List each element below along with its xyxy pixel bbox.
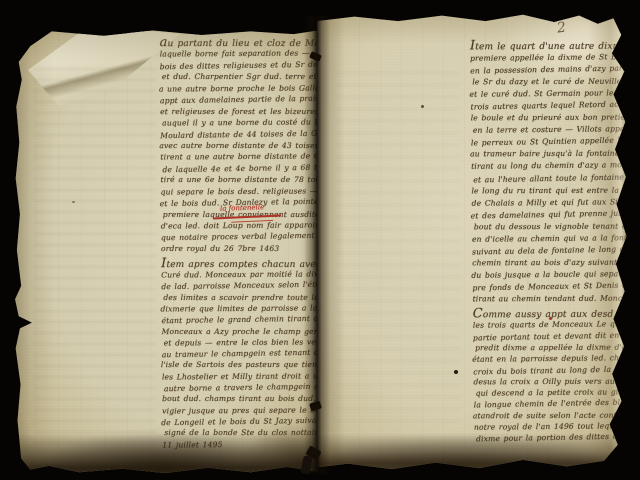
manuscript-line: l'isle de Sartois des pasteurs que tienn… [161,359,318,370]
ink-showthrough [335,72,460,432]
manuscript-line: Item apres comptes chacun avec le — [161,258,317,269]
right-paragraph-2: Comme aussy appt aux desd. damesles troi… [473,307,628,444]
manuscript-line: tirant au chemin tendant dud. Monceaux a… [473,293,627,306]
manuscript-line: le long du ru tirant qui est entre la te… [471,184,625,197]
right-page: 2 Item le quart d'une autre dixmepremier… [317,12,629,470]
left-paragraph-2: Item apres comptes chacun avec le —Curé … [161,257,318,450]
manuscript-line: le boule et du prieuré aux bon pretieux [471,112,625,125]
manuscript-line: au partant du lieu et cloz de Machy [160,37,316,49]
manuscript-line: le Sr du dazy et le curé de Neuville — [472,76,624,89]
manuscript-line: et religieuses de forest et les bizeures… [160,106,316,118]
page-number: 2 [556,19,567,36]
ink-speck [421,105,424,108]
manuscript-line: des limites a scavoir prendre toute lad. [163,292,317,303]
manuscript-scan: au partant du lieu et cloz de Machylaque… [0,0,640,480]
red-ink-correction: la fontenelle [220,203,264,213]
right-paragraph-1: Item le quart d'une autre dixmepremiere … [470,39,627,306]
ink-speck [72,201,75,203]
manuscript-line: de lad. parroisse Monceaux selon l'étend… [161,279,317,293]
right-text-column: Item le quart d'une autre dixmepremiere … [470,39,628,444]
manuscript-line: et dud. Charpentier Sgr dud. terre et bo… [162,71,316,83]
ink-showthrough [34,68,156,448]
left-page: au partant du lieu et cloz de Machylaque… [12,26,318,474]
manuscript-line: bout du dessous le vignoble tenant et [474,220,626,233]
manuscript-line: avec autre borne distante de 43 toises — [159,140,316,152]
manuscript-line: étant proche le grand chemin tirant de [161,313,317,327]
manuscript-line: signé de la bonde Ste du clos nottaire l… [164,427,318,438]
manuscript-line: chemin tirant au bois d'azy suivant la r… [472,257,626,270]
ink-blot [454,370,458,374]
red-ink-dot [549,317,552,320]
manuscript-line: Monceaux a Azy proche le champ gerolle — [162,326,318,337]
manuscript-line: dixme pour la portion des dittes dames [476,431,628,445]
left-text-column: au partant du lieu et cloz de Machylaque… [160,36,318,450]
manuscript-line: appt aux damelaines partie de la prairie [160,93,316,107]
manuscript-line: tiré a une 6e borne distante de 78 toise… [161,174,317,186]
manuscript-line: 11 juillet 1495 [162,438,318,450]
manuscript-line: ordre royal du 26 7bre 1463 [161,243,317,255]
corner-fold [28,26,180,106]
manuscript-line: bout dud. champs tirant au bois dud. [162,393,318,404]
